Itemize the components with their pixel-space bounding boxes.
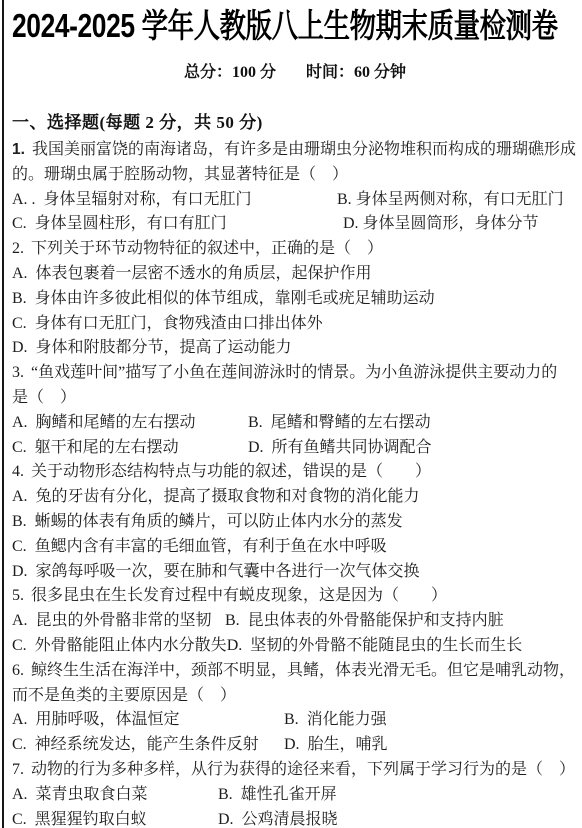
q4-stem-text: 关于动物形态结构特点与功能的叙述，错误的是（ ） xyxy=(31,463,431,480)
q2-number: 2. xyxy=(12,240,24,257)
left-border-line xyxy=(2,0,4,828)
q1-number: 1. xyxy=(12,141,25,158)
q3-options-row-1: A. 胸鳍和尾鳍的左右摆动B. 尾鳍和臀鳍的左右摆动 xyxy=(12,411,578,436)
q3-option-a: A. 胸鳍和尾鳍的左右摆动 xyxy=(12,411,248,436)
q7-stem-text: 动物的行为多种多样，从行为获得的途径来看，下列属于学习行为的是（ ） xyxy=(31,761,575,778)
q4-option-a: A. 兔的牙齿有分化，提高了摄取食物和对食物的消化能力 xyxy=(12,485,578,510)
q4-number: 4. xyxy=(12,463,24,480)
q5-option-c: C. 外骨骼能阻止体内水分散失 xyxy=(12,634,227,659)
q1-option-c: C. 身体呈圆柱形，有口有肛门 xyxy=(12,212,343,237)
q1-options-row-1: A. . 身体呈辐射对称，有口无肛门B. 身体呈两侧对称，有口无肛门 xyxy=(12,188,578,213)
q3-stem-continued: 是（ ） xyxy=(12,386,578,411)
section-heading: 一、选择题(每题 2 分，共 50 分) xyxy=(12,110,578,135)
q1-options-row-2: C. 身体呈圆柱形，有口有肛门D. 身体呈圆筒形，身体分节 xyxy=(12,212,578,237)
q2-option-a: A. 体表包裹着一层密不透水的角质层，起保护作用 xyxy=(12,262,578,287)
q7-number: 7. xyxy=(12,761,24,778)
q2-option-d: D. 身体和附肢都分节，提高了运动能力 xyxy=(12,336,578,361)
q5-number: 5. xyxy=(12,587,24,604)
q6-stem-text: 鲸终生生活在海洋中，颈部不明显，具鳍，体表光滑无毛。但它是哺乳动物， xyxy=(31,662,575,679)
q2-stem-text: 下列关于环节动物特征的叙述中，正确的是（ ） xyxy=(31,240,383,257)
q6-option-d: D. 胎生，哺乳 xyxy=(284,733,388,758)
q5-stem-text: 很多昆虫在生长发育过程中有蜕皮现象，这是因为（ ） xyxy=(31,587,447,604)
q7-stem: 7.动物的行为多种多样，从行为获得的途径来看，下列属于学习行为的是（ ） xyxy=(12,758,578,783)
exam-meta: 总分：100 分时间：60 分钟 xyxy=(12,60,578,86)
q6-stem: 6.鲸终生生活在海洋中，颈部不明显，具鳍，体表光滑无毛。但它是哺乳动物， xyxy=(12,659,578,684)
q1-option-a: A. . 身体呈辐射对称，有口无肛门 xyxy=(12,188,337,213)
time-limit: 时间：60 分钟 xyxy=(306,64,406,81)
q1-stem-continued: 的。珊瑚虫属于腔肠动物，其显著特征是（ ） xyxy=(12,163,578,188)
q6-stem-continued: 而不是鱼类的主要原因是（ ） xyxy=(12,684,578,709)
q2-option-c: C. 身体有口无肛门，食物残渣由口排出体外 xyxy=(12,312,578,337)
q6-option-b: B. 消化能力强 xyxy=(284,708,387,733)
q3-options-row-2: C. 躯干和尾的左右摆动D. 所有鱼鳍共同协调配合 xyxy=(12,436,578,461)
q1-option-b: B. 身体呈两侧对称，有口无肛门 xyxy=(337,188,564,213)
q1-stem-text: 我国美丽富饶的南海诸岛，有许多是由珊瑚虫分泌物堆积而构成的珊瑚礁形成 xyxy=(32,141,576,158)
q6-options-row-1: A. 用肺呼吸，体温恒定B. 消化能力强 xyxy=(12,708,578,733)
q7-option-a: A. 菜青虫取食白菜 xyxy=(12,783,218,808)
q3-stem: 3.“鱼戏莲叶间”描写了小鱼在莲间游泳时的情景。为小鱼游泳提供主要动力的 xyxy=(12,361,578,386)
q3-number: 3. xyxy=(12,364,24,381)
q6-option-a: A. 用肺呼吸，体温恒定 xyxy=(12,708,284,733)
question-5: 5.很多昆虫在生长发育过程中有蜕皮现象，这是因为（ ） A. 昆虫的外骨骼非常的… xyxy=(12,584,578,658)
total-score: 总分：100 分 xyxy=(184,64,276,81)
q4-option-d: D. 家鸽每呼吸一次，要在肺和气囊中各进行一次气体交换 xyxy=(12,560,578,585)
q5-options-row-1: A. 昆虫的外骨骼非常的坚韧B. 昆虫体表的外骨骼能保护和支持内脏 xyxy=(12,609,578,634)
q1-option-d: D. 身体呈圆筒形，身体分节 xyxy=(343,212,539,237)
q3-option-b: B. 尾鳍和臀鳍的左右摆动 xyxy=(248,411,431,436)
exam-title: 2024-2025 学年人教版八上生物期末质量检测卷 xyxy=(12,4,465,48)
q3-option-d: D. 所有鱼鳍共同协调配合 xyxy=(248,436,432,461)
q3-option-c: C. 躯干和尾的左右摆动 xyxy=(12,436,248,461)
question-3: 3.“鱼戏莲叶间”描写了小鱼在莲间游泳时的情景。为小鱼游泳提供主要动力的 是（ … xyxy=(12,361,578,460)
q7-options-row-2: C. 黑猩猩钓取白蚁D. 公鸡清晨报晓 xyxy=(12,808,578,828)
q4-stem: 4.关于动物形态结构特点与功能的叙述，错误的是（ ） xyxy=(12,460,578,485)
q5-options-row-2: C. 外骨骼能阻止体内水分散失D. 坚韧的外骨骼不能随昆虫的生长而生长 xyxy=(12,634,578,659)
q6-options-row-2: C. 神经系统发达，能产生条件反射D. 胎生，哺乳 xyxy=(12,733,578,758)
q2-option-b: B. 身体由许多彼此相似的体节组成，靠刚毛或疣足辅助运动 xyxy=(12,287,578,312)
exam-page: 2024-2025 学年人教版八上生物期末质量检测卷 总分：100 分时间：60… xyxy=(12,0,578,828)
q7-option-d: D. 公鸡清晨报晓 xyxy=(218,808,338,828)
q1-stem: 1.我国美丽富饶的南海诸岛，有许多是由珊瑚虫分泌物堆积而构成的珊瑚礁形成 xyxy=(12,138,578,163)
q6-number: 6. xyxy=(12,662,24,679)
question-7: 7.动物的行为多种多样，从行为获得的途径来看，下列属于学习行为的是（ ） A. … xyxy=(12,758,578,828)
question-1: 1.我国美丽富饶的南海诸岛，有许多是由珊瑚虫分泌物堆积而构成的珊瑚礁形成 的。珊… xyxy=(12,138,578,237)
question-4: 4.关于动物形态结构特点与功能的叙述，错误的是（ ） A. 兔的牙齿有分化，提高… xyxy=(12,460,578,584)
q7-option-c: C. 黑猩猩钓取白蚁 xyxy=(12,808,218,828)
q3-stem-text: “鱼戏莲叶间”描写了小鱼在莲间游泳时的情景。为小鱼游泳提供主要动力的 xyxy=(31,364,557,381)
question-2: 2.下列关于环节动物特征的叙述中，正确的是（ ） A. 体表包裹着一层密不透水的… xyxy=(12,237,578,361)
q7-options-row-1: A. 菜青虫取食白菜B. 雄性孔雀开屏 xyxy=(12,783,578,808)
q2-stem: 2.下列关于环节动物特征的叙述中，正确的是（ ） xyxy=(12,237,578,262)
q4-option-b: B. 蜥蜴的体表有角质的鳞片，可以防止体内水分的蒸发 xyxy=(12,510,578,535)
q5-option-b: B. 昆虫体表的外骨骼能保护和支持内脏 xyxy=(225,609,504,634)
q7-option-b: B. 雄性孔雀开屏 xyxy=(218,783,337,808)
question-6: 6.鲸终生生活在海洋中，颈部不明显，具鳍，体表光滑无毛。但它是哺乳动物， 而不是… xyxy=(12,659,578,758)
q5-stem: 5.很多昆虫在生长发育过程中有蜕皮现象，这是因为（ ） xyxy=(12,584,578,609)
q5-option-a: A. 昆虫的外骨骼非常的坚韧 xyxy=(12,609,225,634)
q5-option-d: D. 坚韧的外骨骼不能随昆虫的生长而生长 xyxy=(227,634,523,659)
q6-option-c: C. 神经系统发达，能产生条件反射 xyxy=(12,733,284,758)
q4-option-c: C. 鱼鳃内含有丰富的毛细血管，有利于鱼在水中呼吸 xyxy=(12,535,578,560)
